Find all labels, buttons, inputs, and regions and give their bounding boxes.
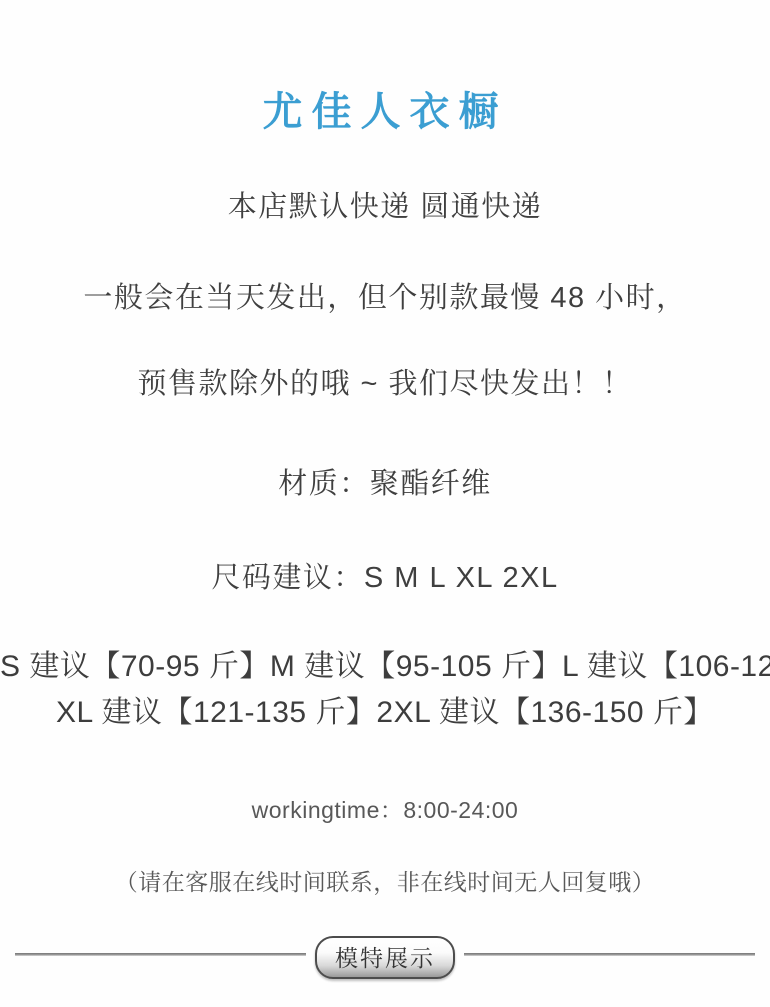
customer-service-offline-note: （请在客服在线时间联系，非在线时间无人回复哦）	[0, 864, 770, 897]
shipping-dispatch-time: 一般会在当天发出，但个别款最慢 48 小时，	[0, 275, 770, 316]
customer-service-working-time: workingtime：8:00-24:00	[0, 792, 770, 825]
shipping-default-courier: 本店默认快递 圆通快递	[0, 184, 770, 225]
shipping-presale-note: 预售款除外的哦 ~ 我们尽快发出！！	[0, 361, 770, 402]
product-description-page: 尤佳人衣橱 本店默认快递 圆通快递 一般会在当天发出，但个别款最慢 48 小时，…	[0, 0, 770, 1007]
size-guide-summary: 尺码建议：S M L XL 2XL	[0, 555, 770, 596]
divider-line-left	[15, 953, 306, 956]
size-guide-detail-line1: S 建议【70-95 斤】M 建议【95-105 斤】L 建议【106-120 …	[0, 641, 770, 685]
section-divider: 模特展示	[0, 938, 770, 976]
store-title: 尤佳人衣橱	[0, 80, 770, 137]
model-display-section-badge: 模特展示	[315, 936, 455, 979]
divider-line-right	[464, 953, 755, 956]
size-guide-detail-line2: XL 建议【121-135 斤】2XL 建议【136-150 斤】	[0, 687, 770, 731]
product-material: 材质：聚酯纤维	[0, 461, 770, 502]
